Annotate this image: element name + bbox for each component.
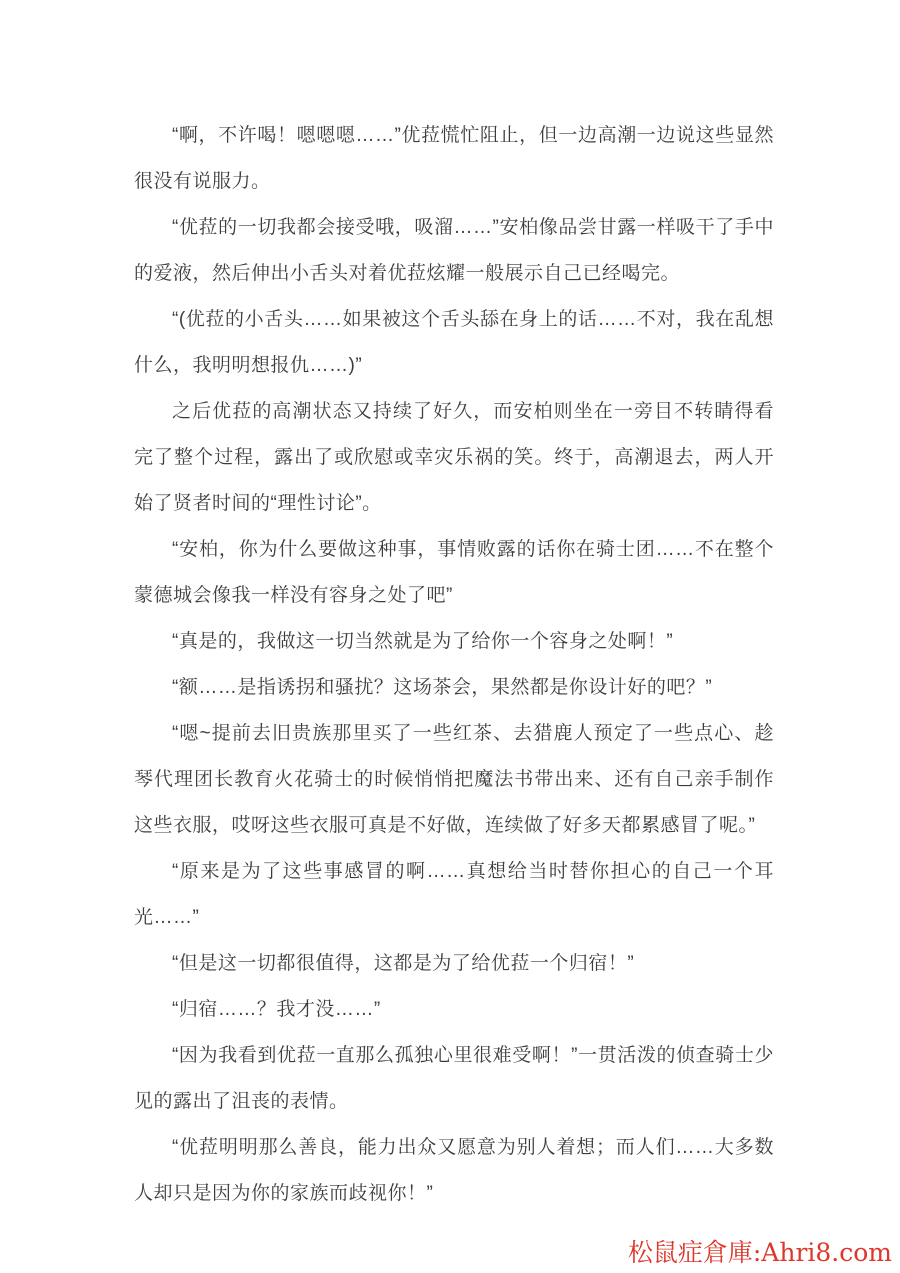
paragraph: “额……是指诱拐和骚扰？这场茶会，果然都是你设计好的吧？” (134, 665, 774, 711)
paragraph: “但是这一切都很值得，这都是为了给优菈一个归宿！” (134, 941, 774, 987)
paragraph: “因为我看到优菈一直那么孤独心里很难受啊！”一贯活泼的侦查骑士少见的露出了沮丧的… (134, 1033, 774, 1125)
paragraph: “安柏，你为什么要做这种事，事情败露的话你在骑士团……不在整个蒙德城会像我一样没… (134, 527, 774, 619)
paragraph: “原来是为了这些事感冒的啊……真想给当时替你担心的自己一个耳光……” (134, 849, 774, 941)
document-body: “啊，不许喝！嗯嗯嗯……”优菈慌忙阻止，但一边高潮一边说这些显然很没有说服力。 … (134, 113, 774, 1217)
paragraph: “啊，不许喝！嗯嗯嗯……”优菈慌忙阻止，但一边高潮一边说这些显然很没有说服力。 (134, 113, 774, 205)
paragraph: “(优菈的小舌头……如果被这个舌头舔在身上的话……不对，我在乱想什么，我明明想报… (134, 297, 774, 389)
paragraph: “优菈明明那么善良，能力出众又愿意为别人着想；而人们……大多数人却只是因为你的家… (134, 1125, 774, 1217)
paragraph: “优菈的一切我都会接受哦，吸溜……”安柏像品尝甘露一样吸干了手中的爱液，然后伸出… (134, 205, 774, 297)
paragraph: 之后优菈的高潮状态又持续了好久，而安柏则坐在一旁目不转睛得看完了整个过程，露出了… (134, 389, 774, 527)
site-watermark: 松鼠症倉庫:Ahri8.com (628, 1239, 892, 1267)
document-page: “啊，不许喝！嗯嗯嗯……”优菈慌忙阻止，但一边高潮一边说这些显然很没有说服力。 … (0, 0, 900, 1273)
paragraph: “归宿……？我才没……” (134, 987, 774, 1033)
paragraph: “真是的，我做这一切当然就是为了给你一个容身之处啊！” (134, 619, 774, 665)
paragraph: “嗯~提前去旧贵族那里买了一些红茶、去猎鹿人预定了一些点心、趁琴代理团长教育火花… (134, 711, 774, 849)
